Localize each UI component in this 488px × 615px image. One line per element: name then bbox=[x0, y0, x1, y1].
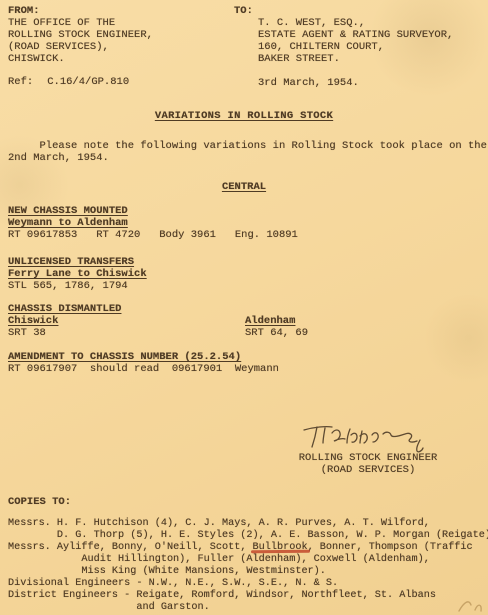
from-line: CHISWICK. bbox=[8, 53, 153, 65]
location-detail: SRT 64, 69 bbox=[245, 327, 308, 339]
copies-line-4: Audit Hillington), Fuller (Aldenham), Co… bbox=[8, 554, 488, 566]
section-heading: AMENDMENT TO CHASSIS NUMBER (25.2.54) bbox=[8, 351, 279, 363]
intro-line-2: 2nd March, 1954. bbox=[8, 152, 487, 164]
ref-label: Ref: bbox=[8, 76, 33, 88]
document-title: VARIATIONS IN ROLLING STOCK bbox=[0, 110, 488, 122]
section-route: Ferry Lane to Chiswick bbox=[8, 268, 147, 280]
to-label: TO: bbox=[234, 5, 253, 17]
region-heading: CENTRAL bbox=[0, 181, 488, 193]
copies-line-5: Miss King (White Mansions, Westminster). bbox=[8, 566, 488, 578]
section-heading: NEW CHASSIS MOUNTED bbox=[8, 205, 298, 217]
location-label: Aldenham bbox=[245, 315, 308, 327]
location-detail: SRT 38 bbox=[8, 327, 121, 339]
copies-line-3-post: , Bonner, Thompson (Traffic bbox=[308, 542, 473, 553]
copies-list: Messrs. H. F. Hutchison (4), C. J. Mays,… bbox=[8, 518, 488, 614]
signature-handwriting-icon bbox=[298, 420, 438, 454]
ref-line: Ref:C.16/4/GP.810 bbox=[8, 76, 129, 88]
to-block: T. C. WEST, ESQ., ESTATE AGENT & RATING … bbox=[258, 17, 453, 65]
copies-label: COPIES TO: bbox=[8, 496, 71, 508]
section-heading: UNLICENSED TRANSFERS bbox=[8, 256, 147, 268]
from-line: ROLLING STOCK ENGINEER, bbox=[8, 29, 153, 41]
section-chassis-dismantled-aldenham: Aldenham SRT 64, 69 bbox=[245, 315, 308, 339]
memo-document: FROM: THE OFFICE OF THE ROLLING STOCK EN… bbox=[0, 0, 488, 615]
to-line: ESTATE AGENT & RATING SURVEYOR, bbox=[258, 29, 453, 41]
copies-line-1: Messrs. H. F. Hutchison (4), C. J. Mays,… bbox=[8, 518, 488, 530]
section-detail: RT 09617907 should read 09617901 Weymann bbox=[8, 363, 279, 375]
location-label: Chiswick bbox=[8, 315, 121, 327]
date: 3rd March, 1954. bbox=[258, 77, 359, 89]
signature-role-line-1: ROLLING STOCK ENGINEER bbox=[288, 452, 448, 464]
to-line: T. C. WEST, ESQ., bbox=[258, 17, 453, 29]
section-detail: STL 565, 1786, 1794 bbox=[8, 280, 147, 292]
from-line: THE OFFICE OF THE bbox=[8, 17, 153, 29]
section-unlicensed-transfers: UNLICENSED TRANSFERS Ferry Lane to Chisw… bbox=[8, 256, 147, 292]
intro-line-1: Please note the following variations in … bbox=[8, 140, 487, 152]
copies-line-3-red-underlined-name: Bullbrook bbox=[253, 542, 308, 553]
copies-line-6: Divisional Engineers - N.W., N.E., S.W.,… bbox=[8, 578, 488, 590]
ref-value: C.16/4/GP.810 bbox=[47, 76, 129, 88]
section-heading: CHASSIS DISMANTLED bbox=[8, 303, 121, 315]
copies-line-8: and Garston. bbox=[8, 602, 488, 614]
section-route: Weymann to Aldenham bbox=[8, 217, 298, 229]
section-new-chassis-mounted: NEW CHASSIS MOUNTED Weymann to Aldenham … bbox=[8, 205, 298, 241]
copies-line-3: Messrs. Ayliffe, Bonny, O'Neill, Scott, … bbox=[8, 542, 488, 554]
copies-line-7: District Engineers - Reigate, Romford, W… bbox=[8, 590, 488, 602]
from-label: FROM: bbox=[8, 5, 153, 17]
section-amendment: AMENDMENT TO CHASSIS NUMBER (25.2.54) RT… bbox=[8, 351, 279, 375]
pencil-mark-icon bbox=[456, 597, 486, 615]
section-detail: RT 09617853 RT 4720 Body 3961 Eng. 10891 bbox=[8, 229, 298, 241]
signature-block: ROLLING STOCK ENGINEER (ROAD SERVICES) bbox=[288, 420, 448, 476]
signature-role-line-2: (ROAD SERVICES) bbox=[288, 464, 448, 476]
to-line: 160, CHILTERN COURT, bbox=[258, 41, 453, 53]
to-line: BAKER STREET. bbox=[258, 53, 453, 65]
intro-paragraph: Please note the following variations in … bbox=[8, 140, 487, 164]
from-line: (ROAD SERVICES), bbox=[8, 41, 153, 53]
copies-line-3-pre: Messrs. Ayliffe, Bonny, O'Neill, Scott, bbox=[8, 542, 253, 553]
from-block: FROM: THE OFFICE OF THE ROLLING STOCK EN… bbox=[8, 5, 153, 65]
copies-line-2: D. G. Thorp (5), H. E. Styles (2), A. E.… bbox=[8, 530, 488, 542]
section-chassis-dismantled-chiswick: CHASSIS DISMANTLED Chiswick SRT 38 bbox=[8, 303, 121, 339]
